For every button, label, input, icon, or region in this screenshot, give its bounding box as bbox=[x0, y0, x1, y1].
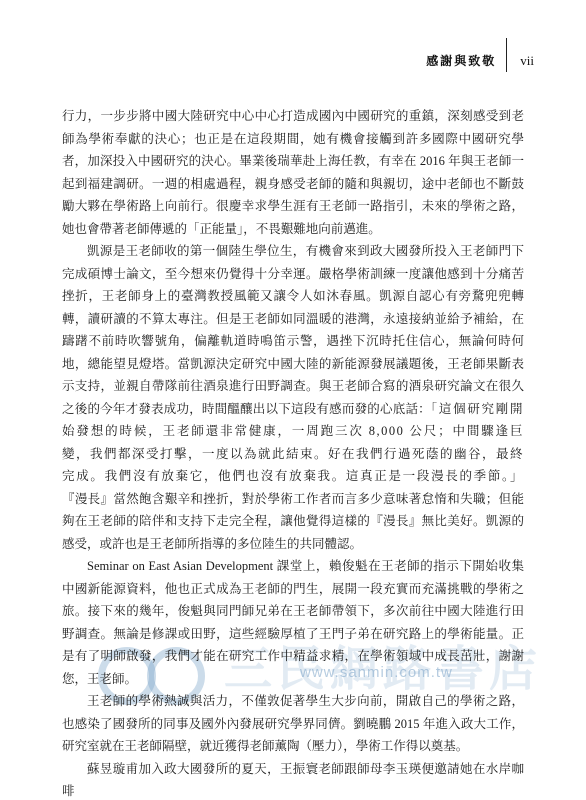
paragraph-text: 凱源是王老師收的第一個陸生學位生，有機會來到政大國發所投入王老師門下完成碩博士論… bbox=[62, 244, 524, 416]
section-title: 感謝與致敬 bbox=[426, 52, 496, 72]
paragraph-text: 『漫長』當然飽含艱辛和挫折，對於學術工作者而言多少意味著怠惰和失職；但能夠在王老… bbox=[62, 492, 524, 551]
page-body: 行力，一步步將中國大陸研究中心中心打造成國內中國研究的重鎮，深刻感受到老師為學術… bbox=[62, 105, 524, 800]
paragraph: 行力，一步步將中國大陸研究中心中心打造成國內中國研究的重鎮，深刻感受到老師為學術… bbox=[62, 105, 524, 240]
paragraph-text: Seminar on East Asian Development 課堂上，賴俊… bbox=[62, 559, 524, 686]
paragraph-text: 行力，一步步將中國大陸研究中心中心打造成國內中國研究的重鎮，深刻感受到老師為學術… bbox=[62, 109, 524, 236]
paragraph: 蘇昱璇甫加入政大國發所的夏天，王振寰老師跟師母李玉瑛便邀請她在水岸咖啡 bbox=[62, 758, 524, 800]
paragraph-text: 蘇昱璇甫加入政大國發所的夏天，王振寰老師跟師母李玉瑛便邀請她在水岸咖啡 bbox=[62, 762, 524, 799]
paragraph-text: 王老師的學術熱誠與活力，不僅敦促著學生大步向前，開啟自己的學術之路，也感染了國發… bbox=[62, 694, 524, 753]
page-header: 感謝與致敬 vii bbox=[426, 38, 534, 72]
header-divider bbox=[506, 38, 507, 72]
paragraph: 王老師的學術熱誠與活力，不僅敦促著學生大步向前，開啟自己的學術之路，也感染了國發… bbox=[62, 690, 524, 758]
paragraph: 凱源是王老師收的第一個陸生學位生，有機會來到政大國發所投入王老師門下完成碩博士論… bbox=[62, 240, 524, 555]
paragraph: Seminar on East Asian Development 課堂上，賴俊… bbox=[62, 555, 524, 690]
book-page: 感謝與致敬 vii 三民網路書店 www.sanmin.com.tw 行力，一步… bbox=[0, 0, 586, 800]
page-number: vii bbox=[520, 53, 534, 72]
